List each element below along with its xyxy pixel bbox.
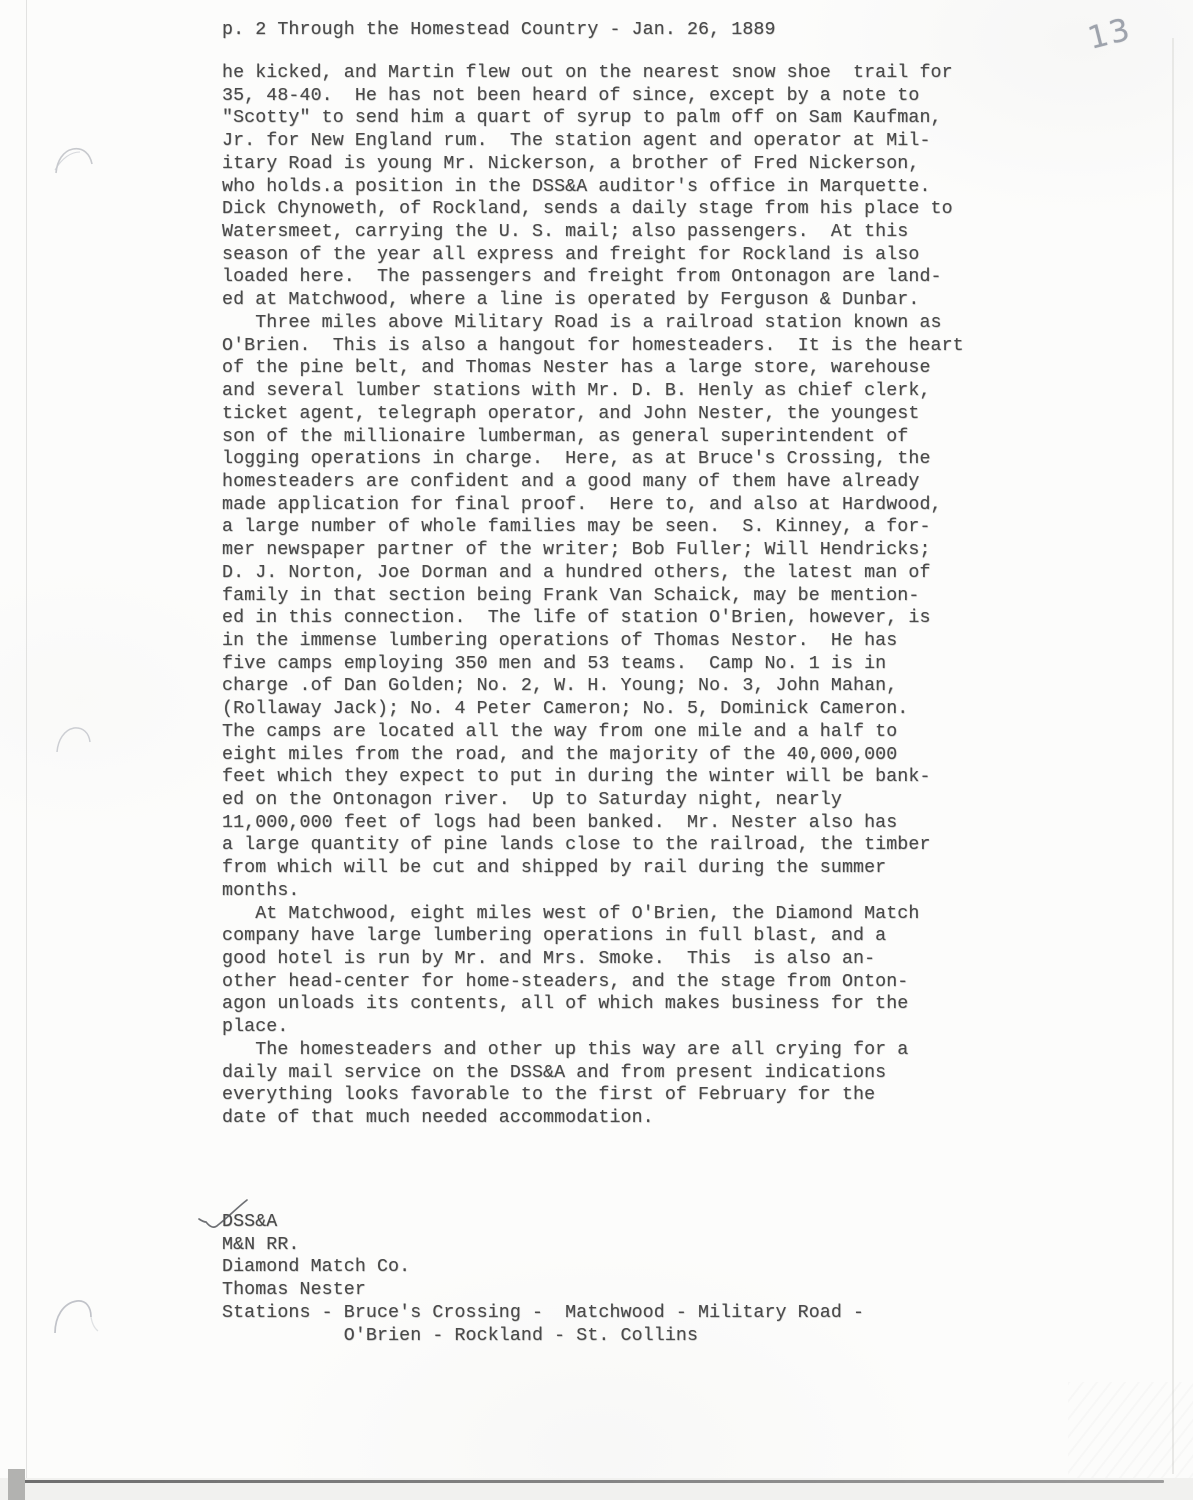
pencil-arc-bottom-tail-icon — [91, 1317, 98, 1331]
typewritten-line: Jr. for New England rum. The station age… — [222, 130, 964, 153]
typewritten-line: agon unloads its contents, all of which … — [222, 993, 964, 1016]
typewritten-line: homesteaders are confident and a good ma… — [222, 471, 964, 494]
typewritten-line: and several lumber stations with Mr. D. … — [222, 380, 964, 403]
typewritten-line: charge .of Dan Golden; No. 2, W. H. Youn… — [222, 675, 964, 698]
typewritten-line: in the immense lumbering operations of T… — [222, 630, 964, 653]
index-line: Stations - Bruce's Crossing - Matchwood … — [222, 1302, 864, 1325]
typewritten-line: ed on the Ontonagon river. Up to Saturda… — [222, 789, 964, 812]
typewritten-line: (Rollaway Jack); No. 4 Peter Cameron; No… — [222, 698, 964, 721]
typewritten-line: Dick Chynoweth, of Rockland, sends a dai… — [222, 198, 964, 221]
typewritten-line: season of the year all express and freig… — [222, 244, 964, 267]
paper-fold-line — [26, 0, 27, 1482]
typewritten-line: son of the millionaire lumberman, as gen… — [222, 426, 964, 449]
typewritten-line: daily mail service on the DSS&A and from… — [222, 1062, 964, 1085]
index-line: M&N RR. — [222, 1234, 864, 1257]
typewritten-line: a large number of whole families may be … — [222, 516, 964, 539]
typewritten-line: of the pine belt, and Thomas Nester has … — [222, 357, 964, 380]
typewritten-line: Three miles above Military Road is a rai… — [222, 312, 964, 335]
typewritten-line: ed in this connection. The life of stati… — [222, 607, 964, 630]
typewritten-line: 35, 48-40. He has not been heard of sinc… — [222, 85, 964, 108]
typewritten-line: D. J. Norton, Joe Dorman and a hundred o… — [222, 562, 964, 585]
pencil-arc-bottom-icon — [55, 1301, 91, 1333]
typewritten-line: feet which they expect to put in during … — [222, 766, 964, 789]
typewritten-line: loaded here. The passengers and freight … — [222, 266, 964, 289]
typewritten-line: family in that section being Frank Van S… — [222, 585, 964, 608]
typewritten-line: from which will be cut and shipped by ra… — [222, 857, 964, 880]
typewritten-line: a large quantity of pine lands close to … — [222, 834, 964, 857]
typewritten-line: months. — [222, 880, 964, 903]
typewritten-line: 11,000,000 feet of logs had been banked.… — [222, 812, 964, 835]
typewritten-line: The camps are located all the way from o… — [222, 721, 964, 744]
typewritten-line: company have large lumbering operations … — [222, 925, 964, 948]
pencil-arc-top-doublestroke-icon — [55, 152, 80, 170]
index-line: DSS&A — [222, 1211, 864, 1234]
page-title: p. 2 Through the Homestead Country - Jan… — [222, 19, 776, 42]
typewritten-line: "Scotty" to send him a quart of syrup to… — [222, 107, 964, 130]
typewritten-line: The homesteaders and other up this way a… — [222, 1039, 964, 1062]
typewritten-line: good hotel is run by Mr. and Mrs. Smoke.… — [222, 948, 964, 971]
typewritten-line: date of that much needed accommodation. — [222, 1107, 964, 1130]
scan-corner-artifact — [8, 1469, 25, 1500]
typewritten-line: Watersmeet, carrying the U. S. mail; als… — [222, 221, 964, 244]
scan-bottom-edge-line — [24, 1480, 1164, 1483]
typewritten-line: he kicked, and Martin flew out on the ne… — [222, 62, 964, 85]
document-body: he kicked, and Martin flew out on the ne… — [222, 62, 964, 1130]
index-line: Thomas Nester — [222, 1279, 864, 1302]
typewritten-line: ed at Matchwood, where a line is operate… — [222, 289, 964, 312]
index-line: Diamond Match Co. — [222, 1256, 864, 1279]
scanned-typewritten-page: p. 2 Through the Homestead Country - Jan… — [0, 0, 1193, 1500]
pencil-arc-middle-icon — [57, 728, 90, 752]
document-index-list: DSS&AM&N RR.Diamond Match Co.Thomas Nest… — [222, 1211, 864, 1347]
typewritten-line: who holds.a position in the DSS&A audito… — [222, 176, 964, 199]
typewritten-line: logging operations in charge. Here, as a… — [222, 448, 964, 471]
typewritten-line: other head-center for home-steaders, and… — [222, 971, 964, 994]
typewritten-line: At Matchwood, eight miles west of O'Brie… — [222, 903, 964, 926]
typewritten-line: made application for final proof. Here t… — [222, 494, 964, 517]
typewritten-line: itary Road is young Mr. Nickerson, a bro… — [222, 153, 964, 176]
typewritten-line: eight miles from the road, and the major… — [222, 744, 964, 767]
typewritten-line: place. — [222, 1016, 964, 1039]
typewritten-line: O'Brien. This is also a hangout for home… — [222, 335, 964, 358]
typewritten-line: everything looks favorable to the first … — [222, 1084, 964, 1107]
pencil-arc-top-icon — [56, 149, 92, 173]
paper-crumple-texture — [1068, 1382, 1193, 1478]
typewritten-line: ticket agent, telegraph operator, and Jo… — [222, 403, 964, 426]
handwritten-page-number: 13 — [1084, 11, 1135, 56]
typewritten-line: five camps employing 350 men and 53 team… — [222, 653, 964, 676]
index-line: O'Brien - Rockland - St. Collins — [222, 1325, 864, 1348]
scan-edge-line — [1172, 38, 1174, 1474]
typewritten-line: mer newspaper partner of the writer; Bob… — [222, 539, 964, 562]
